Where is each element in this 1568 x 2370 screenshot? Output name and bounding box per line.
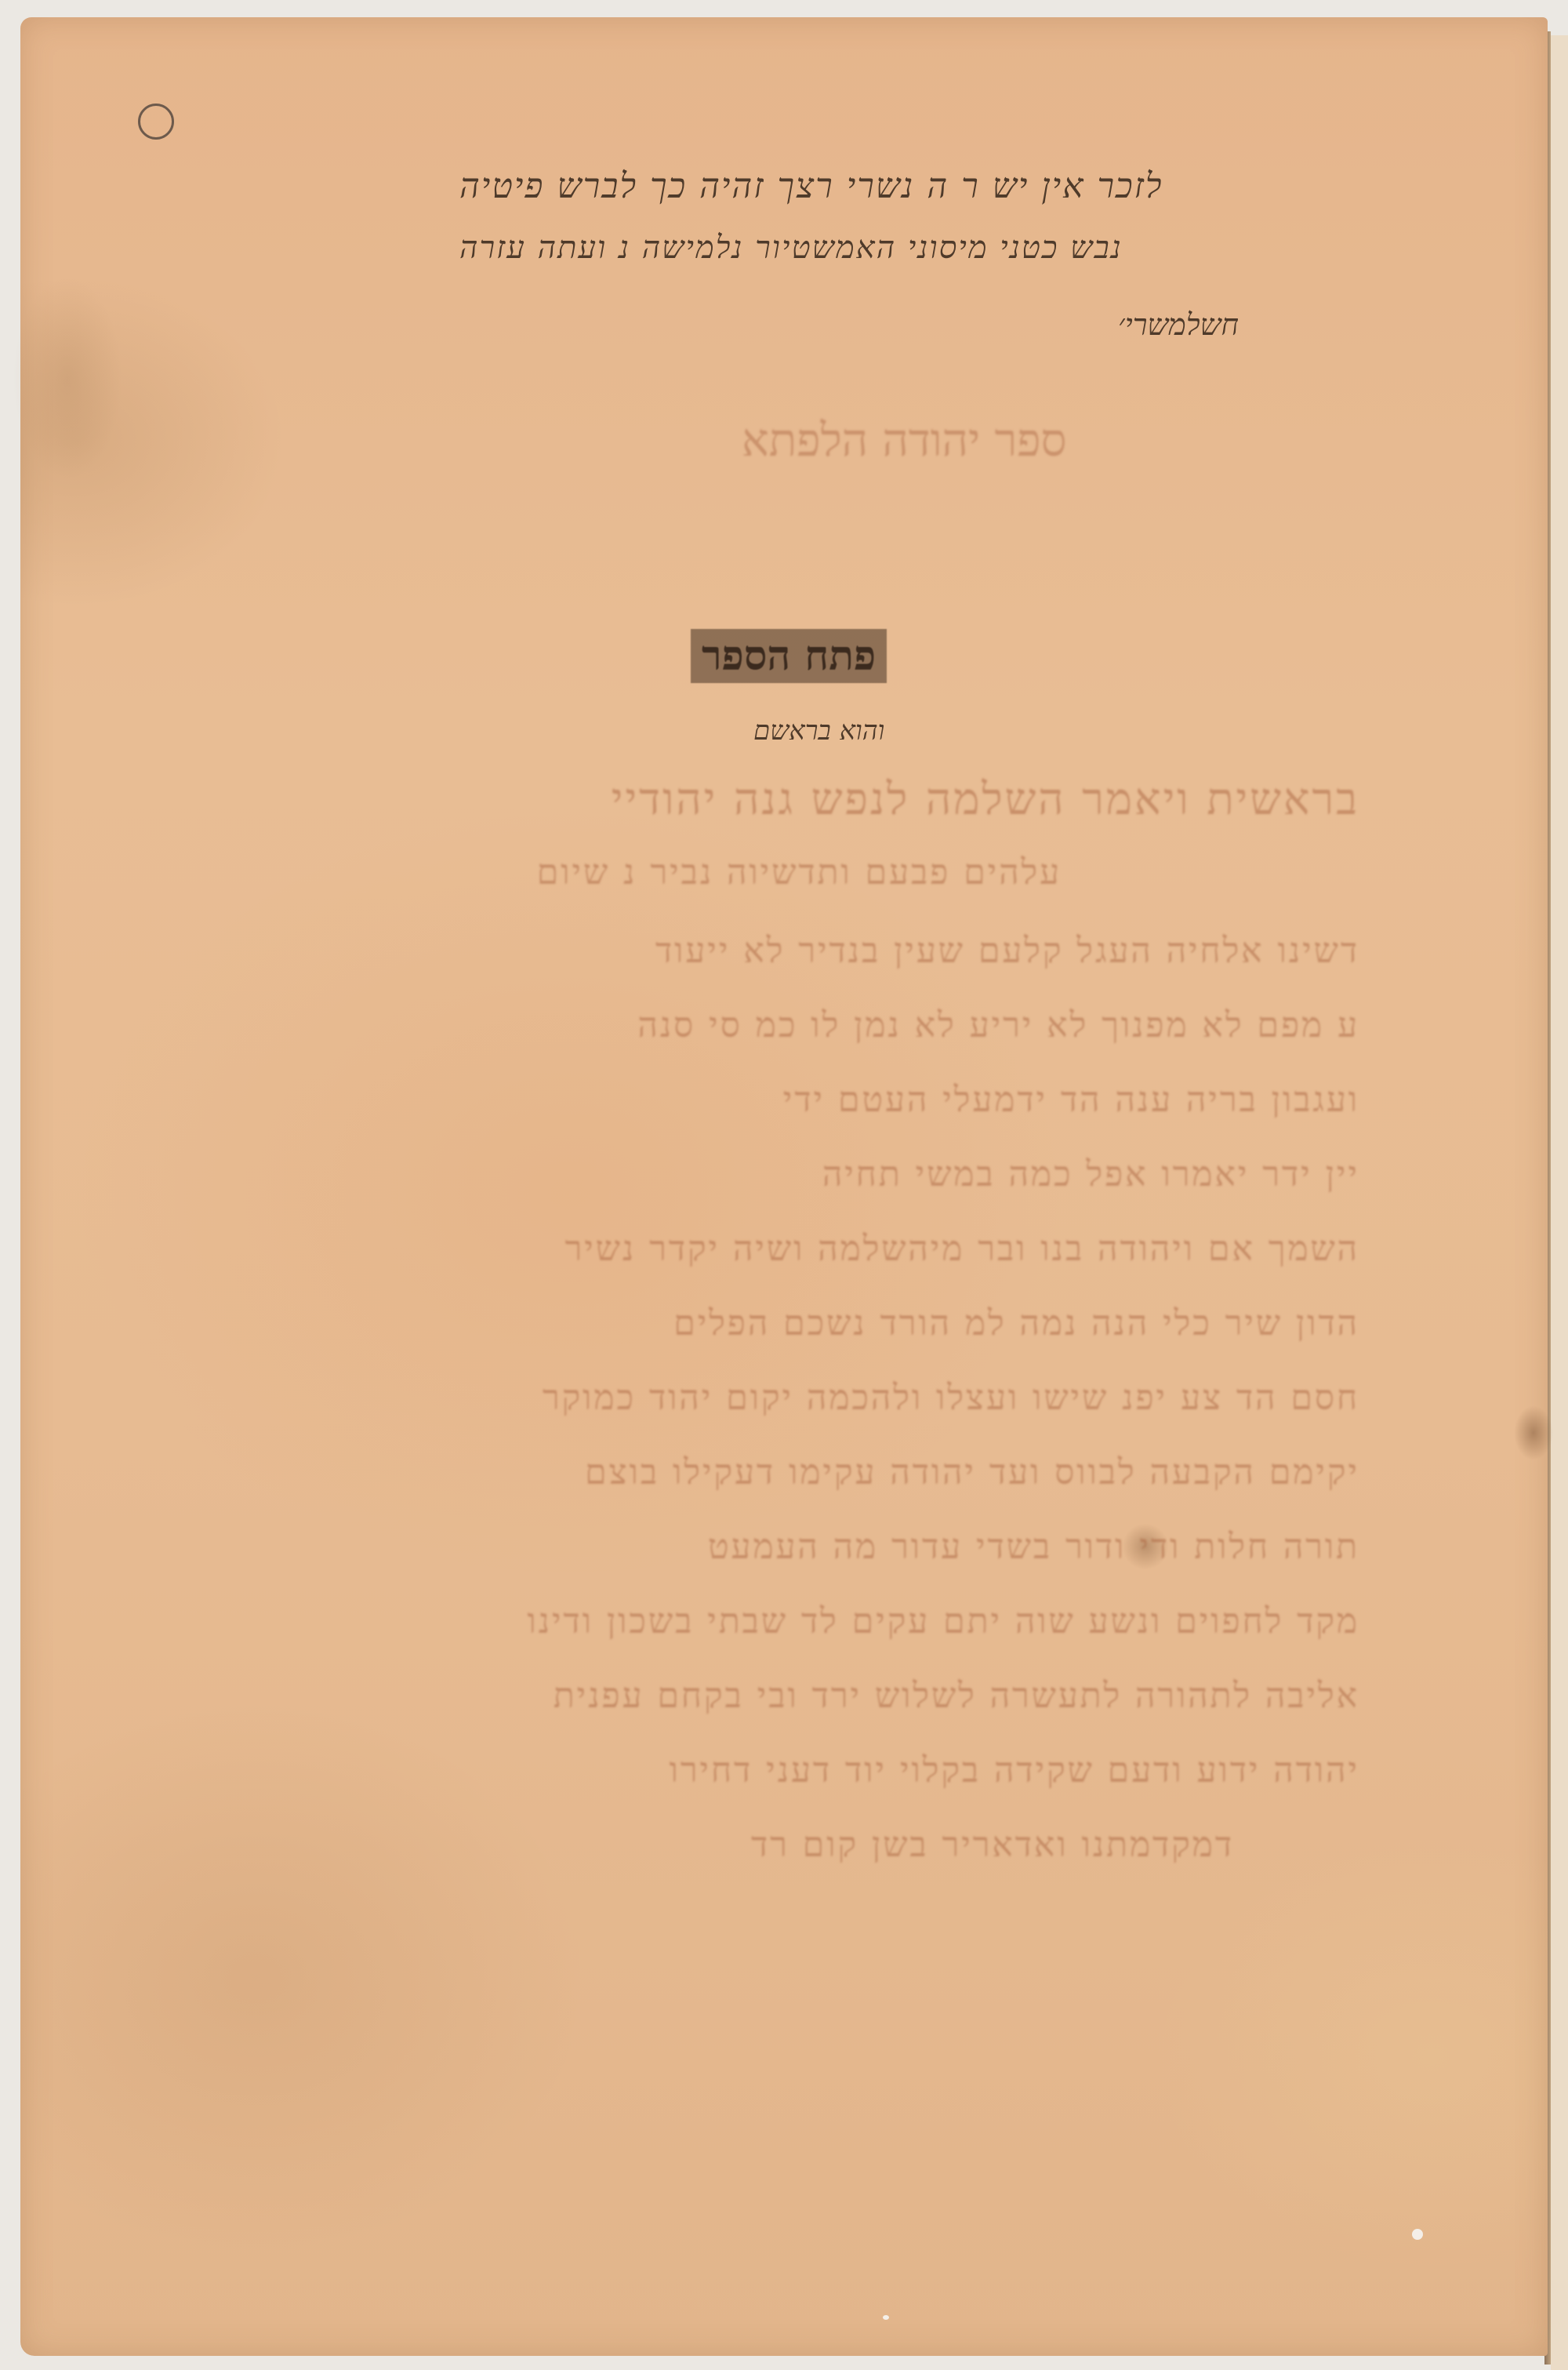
body-line: מקד לחפוים ונשע שוה יתם עקים לד שבתי בשכ…	[527, 1601, 1359, 1641]
paper-hole	[1412, 2229, 1423, 2240]
body-line: חסם הד צע יפנ שישו ועצלו ולהכמה יקום יהו…	[543, 1378, 1359, 1418]
folio-circle-mark	[138, 104, 174, 140]
ink-stain	[1514, 1405, 1553, 1460]
body-line: השמך אם ויהודה בנו ובר מיהשלמה ושיה יקדר…	[565, 1229, 1359, 1269]
body-line: תורה חלות ודי ודור בשדי עדור מה העמעט	[708, 1527, 1359, 1567]
body-line: יהודה ידוע ודעם שקידה בקלוי יוד דעני דחי…	[670, 1750, 1359, 1790]
body-line: ועגבון בריה ענה הד ידמעלי העטם ידי	[783, 1080, 1359, 1120]
body-line: ע מפם לא מפנוך לא יריע לא נמן לו כמ סי ס…	[638, 1005, 1359, 1045]
manuscript-page: לזכר אין יש ר ה נשרי רצך זהיה כך לברש פי…	[20, 17, 1548, 2356]
section-subheading: והוא בראשם	[753, 715, 884, 747]
paper-hole	[883, 2315, 889, 2320]
body-line: בראשית ויאמר השלמה לנפש גנה יהודיי	[612, 774, 1359, 825]
body-line: דשינו אלחיה העגל קלעם שעין בנדיר לא ייעו…	[655, 931, 1359, 971]
water-stain	[13, 276, 122, 480]
section-heading: פתח הספר	[691, 629, 887, 683]
marginal-note-line-3: חשלמשרי׳	[1118, 307, 1239, 343]
body-line: יקימם הקבעה לבווס ועד יהודה עקימו דעקילו…	[585, 1452, 1359, 1492]
marginal-note-line-2: נבש כטני מיסוני האמשטיור נלמישה נ ועתה ע…	[459, 229, 1123, 266]
marginal-note-line-1: לזכר אין יש ר ה נשרי רצך זהיה כך לברש פי…	[459, 166, 1163, 206]
faded-title: ספר יהודה הלפתא	[742, 413, 1066, 467]
body-line: יין ידר יאמרו אפל כמה במשי תחיה	[822, 1154, 1359, 1194]
body-line: הדון שיר כלי הנה נמה למ הורד נשכם הפלים	[673, 1303, 1359, 1343]
body-line: עלהים פבעם ותדשיוה נביר נ שיום	[537, 852, 1062, 892]
adjacent-page-edge	[1551, 35, 1568, 2370]
body-line: דמקדמתנו ואדאריר בשן קום רד	[751, 1825, 1234, 1865]
body-line: אליבה לתהורה לתעשרה לשלוש ירד ובי בקחם ע…	[554, 1676, 1359, 1716]
